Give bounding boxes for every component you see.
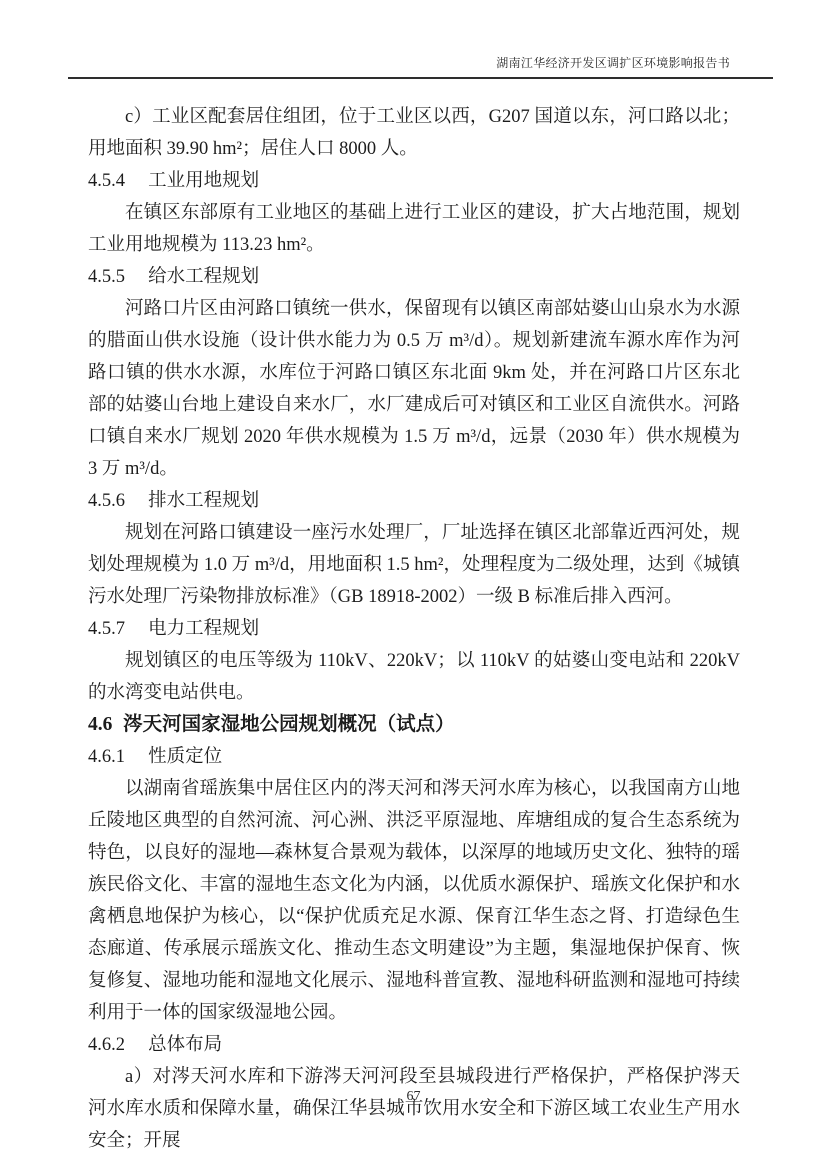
paragraph-item-c: c）工业区配套居住组团，位于工业区以西，G207 国道以东，河口路以北；用地面积… <box>88 101 740 165</box>
section-title: 排水工程规划 <box>148 491 259 511</box>
section-heading-4-5-4: 4.5.4工业用地规划 <box>88 165 740 197</box>
section-heading-4-5-5: 4.5.5给水工程规划 <box>88 261 740 293</box>
page-number: 67 <box>0 1089 827 1105</box>
section-title: 涔天河国家湿地公园规划概况（试点） <box>123 714 455 735</box>
section-heading-4-5-7: 4.5.7电力工程规划 <box>88 613 740 645</box>
section-number: 4.6.1 <box>88 747 125 767</box>
section-title: 性质定位 <box>148 747 222 767</box>
document-body: c）工业区配套居住组团，位于工业区以西，G207 国道以东，河口路以北；用地面积… <box>88 101 740 1157</box>
page-header-title: 湖南江华经济开发区调扩区环境影响报告书 <box>496 54 730 71</box>
section-number: 4.5.7 <box>88 619 125 639</box>
paragraph: 以湖南省瑶族集中居住区内的涔天河和涔天河水库为核心，以我国南方山地丘陵地区典型的… <box>88 773 740 1029</box>
section-number: 4.5.4 <box>88 171 125 191</box>
paragraph-item-a: a）对涔天河水库和下游涔天河河段至县城段进行严格保护，严格保护涔天河水库水质和保… <box>88 1061 740 1157</box>
section-title: 给水工程规划 <box>148 267 259 287</box>
paragraph: 规划镇区的电压等级为 110kV、220kV；以 110kV 的姑婆山变电站和 … <box>88 645 740 709</box>
section-number: 4.6.2 <box>88 1035 125 1055</box>
paragraph: 在镇区东部原有工业地区的基础上进行工业区的建设，扩大占地范围，规划工业用地规模为… <box>88 197 740 261</box>
document-page: 湖南江华经济开发区调扩区环境影响报告书 c）工业区配套居住组团，位于工业区以西，… <box>0 0 827 1169</box>
section-title: 工业用地规划 <box>148 171 259 191</box>
section-heading-4-6-1: 4.6.1性质定位 <box>88 741 740 773</box>
paragraph: 河路口片区由河路口镇统一供水，保留现有以镇区南部姑婆山山泉水为水源的腊面山供水设… <box>88 293 740 485</box>
paragraph: 规划在河路口镇建设一座污水处理厂，厂址选择在镇区北部靠近西河处，规划处理规模为 … <box>88 517 740 613</box>
section-title: 总体布局 <box>148 1035 222 1055</box>
section-title: 电力工程规划 <box>148 619 259 639</box>
section-heading-4-6: 4.6涔天河国家湿地公园规划概况（试点） <box>88 709 740 741</box>
section-heading-4-6-2: 4.6.2总体布局 <box>88 1029 740 1061</box>
section-heading-4-5-6: 4.5.6排水工程规划 <box>88 485 740 517</box>
section-number: 4.5.6 <box>88 491 125 511</box>
section-number: 4.6 <box>88 714 112 735</box>
section-number: 4.5.5 <box>88 267 125 287</box>
header-rule <box>68 77 773 79</box>
